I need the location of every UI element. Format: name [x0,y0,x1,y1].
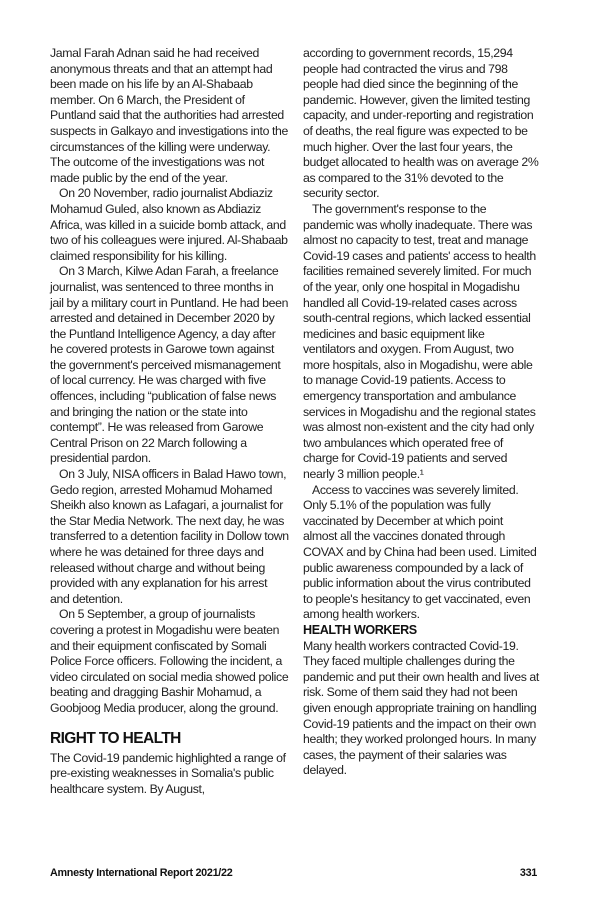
paragraph-nisa-arrest: On 3 July, NISA officers in Balad Hawo t… [50,467,289,607]
left-column: Jamal Farah Adnan said he had received a… [50,46,289,797]
paragraph-journalists-beaten: On 5 September, a group of journalists c… [50,607,289,716]
paragraph-kilwe-adan-farah: On 3 March, Kilwe Adan Farah, a freelanc… [50,264,289,467]
paragraph-health-workers: Many health workers contracted Covid-19.… [303,639,539,779]
footer-report-title: Amnesty International Report 2021/22 [50,867,232,879]
footer-page-number: 331 [520,867,537,879]
subheading-health-workers: HEALTH WORKERS [303,623,539,639]
text-columns: Jamal Farah Adnan said he had received a… [50,46,539,797]
paragraph-covid-pandemic-intro: The Covid-19 pandemic highlighted a rang… [50,751,289,798]
page-footer: Amnesty International Report 2021/22 331 [50,867,537,879]
paragraph-government-response: The government's response to the pandemi… [303,202,539,483]
right-column: according to government records, 15,294 … [303,46,539,797]
paragraph-vaccine-access: Access to vaccines was severely limited.… [303,483,539,623]
paragraph-government-records: according to government records, 15,294 … [303,46,539,202]
section-heading-right-to-health: RIGHT TO HEALTH [50,730,289,747]
paragraph-jamal-farah-adnan: Jamal Farah Adnan said he had received a… [50,46,289,186]
paragraph-abdiaziz-guled: On 20 November, radio journalist Abdiazi… [50,186,289,264]
report-page: Jamal Farah Adnan said he had received a… [0,0,600,921]
